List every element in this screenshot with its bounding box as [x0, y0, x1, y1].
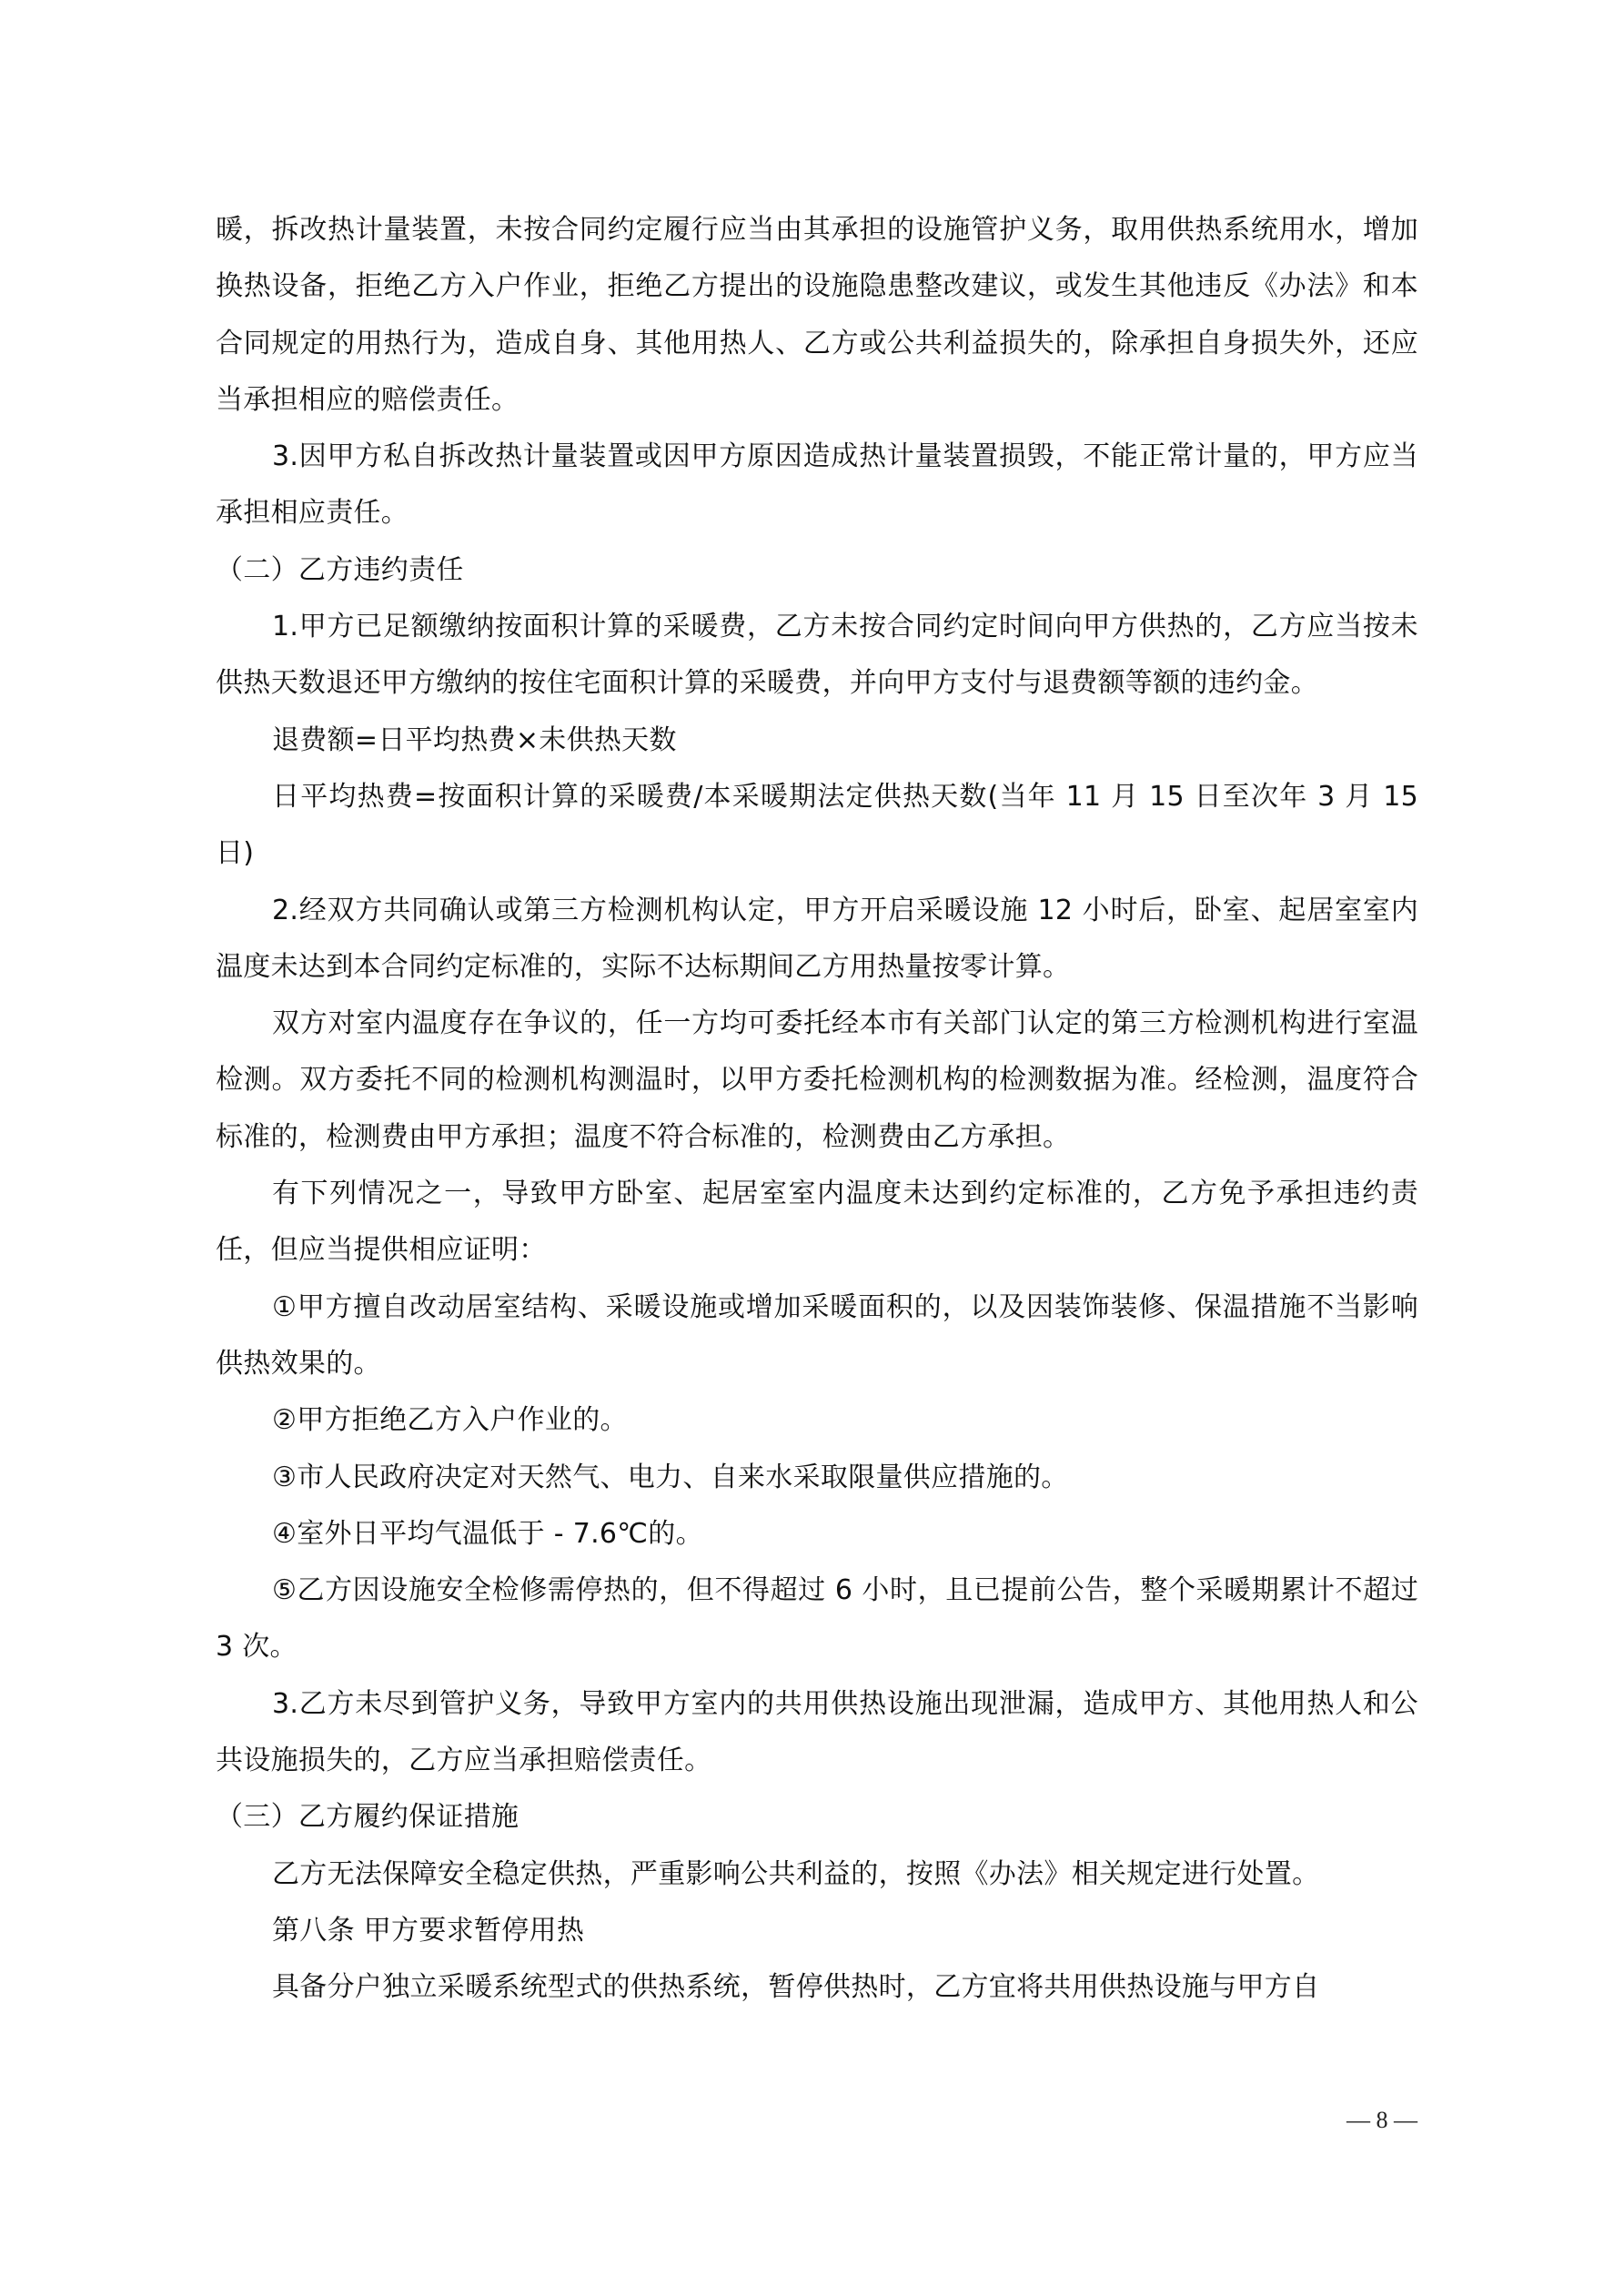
formula-daily-heating-fee: 日平均热费=按面积计算的采暖费/本采暖期法定供热天数(当年 11 月 15 日至…	[216, 769, 1418, 883]
exemption-item-5: ⑤乙方因设施安全检修需停热的，但不得超过 6 小时，且已提前公告，整个采暖期累计…	[216, 1563, 1418, 1676]
paragraph-guarantee-measures: 乙方无法保障安全稳定供热，严重影响公共利益的，按照《办法》相关规定进行处置。	[216, 1846, 1418, 1903]
paragraph-exemptions-intro: 有下列情况之一，导致甲方卧室、起居室室内温度未达到约定标准的，乙方免予承担违约责…	[216, 1166, 1418, 1279]
paragraph-suspend-heating: 具备分户独立采暖系统型式的供热系统，暂停供热时，乙方宜将共用供热设施与甲方自	[216, 1959, 1418, 2016]
paragraph-item-2-temperature: 2.经双方共同确认或第三方检测机构认定，甲方开启采暖设施 12 小时后，卧室、起…	[216, 883, 1418, 996]
paragraph-continuation: 暖，拆改热计量装置，未按合同约定履行应当由其承担的设施管护义务，取用供热系统用水…	[216, 202, 1418, 429]
paragraph-item-1-refund: 1.甲方已足额缴纳按面积计算的采暖费，乙方未按合同约定时间向甲方供热的，乙方应当…	[216, 599, 1418, 713]
article-heading-8: 第八条 甲方要求暂停用热	[216, 1903, 1418, 1959]
section-heading-performance-guarantee: （三）乙方履约保证措施	[216, 1789, 1418, 1846]
exemption-item-1: ①甲方擅自改动居室结构、采暖设施或增加采暖面积的，以及因装饰装修、保温措施不当影…	[216, 1279, 1418, 1393]
formula-refund-amount: 退费额=日平均热费×未供热天数	[216, 713, 1418, 769]
paragraph-item-3-leakage: 3.乙方未尽到管护义务，导致甲方室内的共用供热设施出现泄漏，造成甲方、其他用热人…	[216, 1676, 1418, 1790]
page-number: — 8 —	[1347, 2107, 1417, 2134]
paragraph-temperature-dispute: 双方对室内温度存在争议的，任一方均可委托经本市有关部门认定的第三方检测机构进行室…	[216, 996, 1418, 1166]
document-page: 暖，拆改热计量装置，未按合同约定履行应当由其承担的设施管护义务，取用供热系统用水…	[216, 202, 1418, 2017]
paragraph-item-3-meter-damage: 3.因甲方私自拆改热计量装置或因甲方原因造成热计量装置损毁，不能正常计量的，甲方…	[216, 429, 1418, 542]
exemption-item-3: ③市人民政府决定对天然气、电力、自来水采取限量供应措施的。	[216, 1450, 1418, 1506]
exemption-item-4: ④室外日平均气温低于 - 7.6℃的。	[216, 1506, 1418, 1563]
exemption-item-2: ②甲方拒绝乙方入户作业的。	[216, 1392, 1418, 1449]
section-heading-party-b-liability: （二）乙方违约责任	[216, 542, 1418, 599]
